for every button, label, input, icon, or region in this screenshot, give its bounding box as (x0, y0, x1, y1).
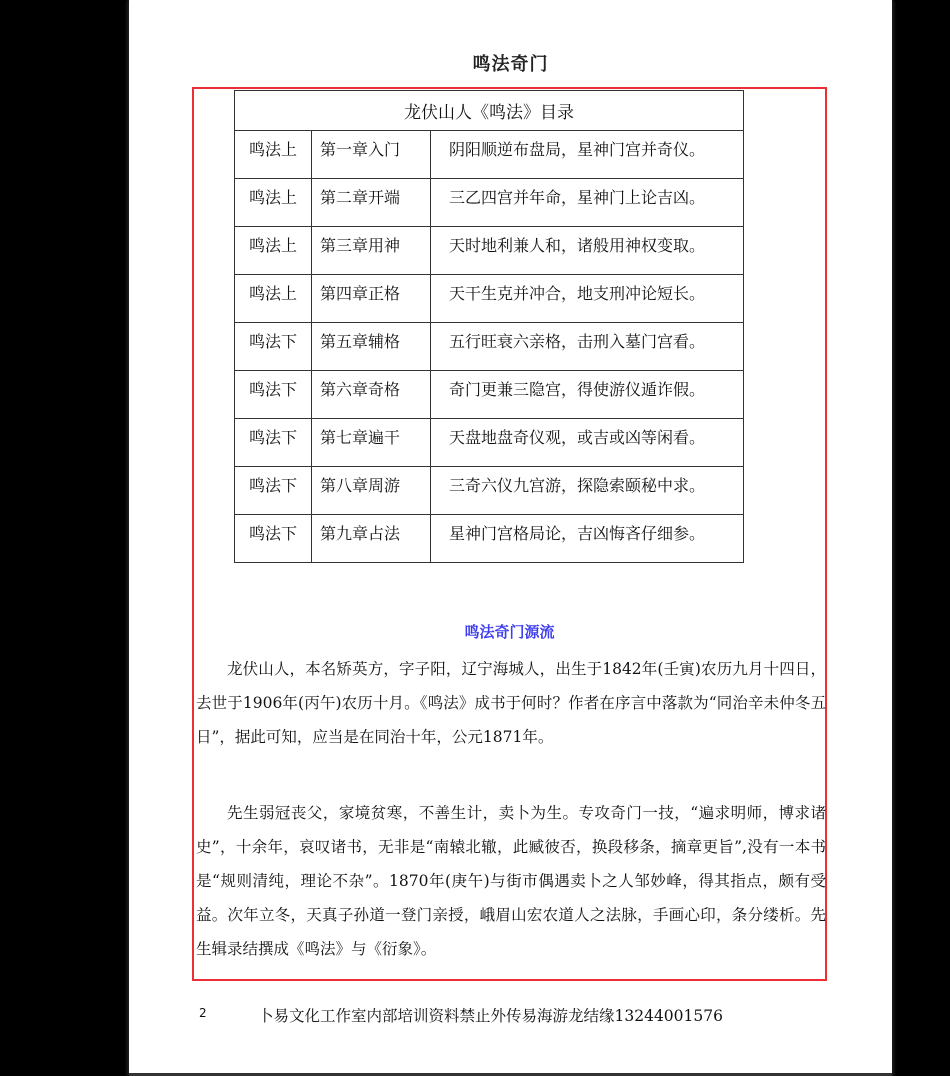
toc-volume: 鸣法上 (235, 131, 312, 179)
toc-chapter: 第七章遍干 (312, 419, 431, 467)
toc-chapter: 第五章辅格 (312, 323, 431, 371)
toc-volume: 鸣法下 (235, 515, 312, 563)
toc-verse: 阴阳顺逆布盘局，星神门宫并奇仪。 (431, 131, 744, 179)
toc-row: 鸣法上 第二章开端 三乙四宫并年命，星神门上论吉凶。 (235, 179, 744, 227)
toc-volume: 鸣法下 (235, 323, 312, 371)
paragraph-text: 龙伏山人，本名矫英方，字子阳，辽宁海城人，出生于1842年(壬寅)农历九月十四日… (196, 652, 826, 754)
toc-heading: 龙伏山人《鸣法》目录 (235, 91, 744, 131)
toc-verse: 奇门更兼三隐宫，得使游仪遁诈假。 (431, 371, 744, 419)
toc-row: 鸣法下 第六章奇格 奇门更兼三隐宫，得使游仪遁诈假。 (235, 371, 744, 419)
toc-row: 鸣法下 第八章周游 三奇六仪九宫游，探隐索颐秘中求。 (235, 467, 744, 515)
footer-text: 卜易文化工作室内部培训资料禁止外传易海游龙结缘13244001576 (258, 1004, 723, 1026)
toc-table: 龙伏山人《鸣法》目录 鸣法上 第一章入门 阴阳顺逆布盘局，星神门宫并奇仪。 鸣法… (234, 90, 744, 563)
toc-chapter: 第三章用神 (312, 227, 431, 275)
toc-volume: 鸣法下 (235, 419, 312, 467)
toc-volume: 鸣法下 (235, 467, 312, 515)
toc-row: 鸣法上 第三章用神 天时地利兼人和，诸般用神权变取。 (235, 227, 744, 275)
body-paragraph-1: 龙伏山人，本名矫英方，字子阳，辽宁海城人，出生于1842年(壬寅)农历九月十四日… (196, 652, 826, 754)
toc-volume: 鸣法上 (235, 227, 312, 275)
toc-volume: 鸣法下 (235, 371, 312, 419)
toc-chapter: 第九章占法 (312, 515, 431, 563)
page-number: 2 (199, 1006, 207, 1020)
toc-verse: 三奇六仪九宫游，探隐索颐秘中求。 (431, 467, 744, 515)
toc-verse: 星神门宫格局论，吉凶悔吝仔细参。 (431, 515, 744, 563)
toc-verse: 三乙四宫并年命，星神门上论吉凶。 (431, 179, 744, 227)
paragraph-text: 先生弱冠丧父，家境贫寒，不善生计，卖卜为生。专攻奇门一技，“遍求明师，博求诸史”… (196, 796, 826, 966)
section-heading: 鸣法奇门源流 (192, 621, 827, 642)
toc-row: 鸣法上 第一章入门 阴阳顺逆布盘局，星神门宫并奇仪。 (235, 131, 744, 179)
toc-row: 鸣法上 第四章正格 天干生克并冲合，地支刑冲论短长。 (235, 275, 744, 323)
toc-chapter: 第四章正格 (312, 275, 431, 323)
toc-chapter: 第二章开端 (312, 179, 431, 227)
page-title: 鸣法奇门 (129, 50, 892, 76)
toc-verse: 天干生克并冲合，地支刑冲论短长。 (431, 275, 744, 323)
toc-volume: 鸣法上 (235, 179, 312, 227)
toc-verse: 天时地利兼人和，诸般用神权变取。 (431, 227, 744, 275)
toc-verse: 五行旺衰六亲格，击刑入墓门宫看。 (431, 323, 744, 371)
toc-row: 鸣法下 第九章占法 星神门宫格局论，吉凶悔吝仔细参。 (235, 515, 744, 563)
toc-volume: 鸣法上 (235, 275, 312, 323)
document-viewer: 鸣法奇门 龙伏山人《鸣法》目录 鸣法上 第一章入门 阴阳顺逆布盘局，星神门宫并奇… (0, 0, 950, 1076)
toc-verse: 天盘地盘奇仪观，或吉或凶等闲看。 (431, 419, 744, 467)
toc-row: 鸣法下 第七章遍干 天盘地盘奇仪观，或吉或凶等闲看。 (235, 419, 744, 467)
toc-chapter: 第八章周游 (312, 467, 431, 515)
document-page: 鸣法奇门 龙伏山人《鸣法》目录 鸣法上 第一章入门 阴阳顺逆布盘局，星神门宫并奇… (129, 0, 892, 1076)
body-paragraph-2: 先生弱冠丧父，家境贫寒，不善生计，卖卜为生。专攻奇门一技，“遍求明师，博求诸史”… (196, 796, 826, 966)
toc-chapter: 第一章入门 (312, 131, 431, 179)
toc-chapter: 第六章奇格 (312, 371, 431, 419)
toc-row: 鸣法下 第五章辅格 五行旺衰六亲格，击刑入墓门宫看。 (235, 323, 744, 371)
